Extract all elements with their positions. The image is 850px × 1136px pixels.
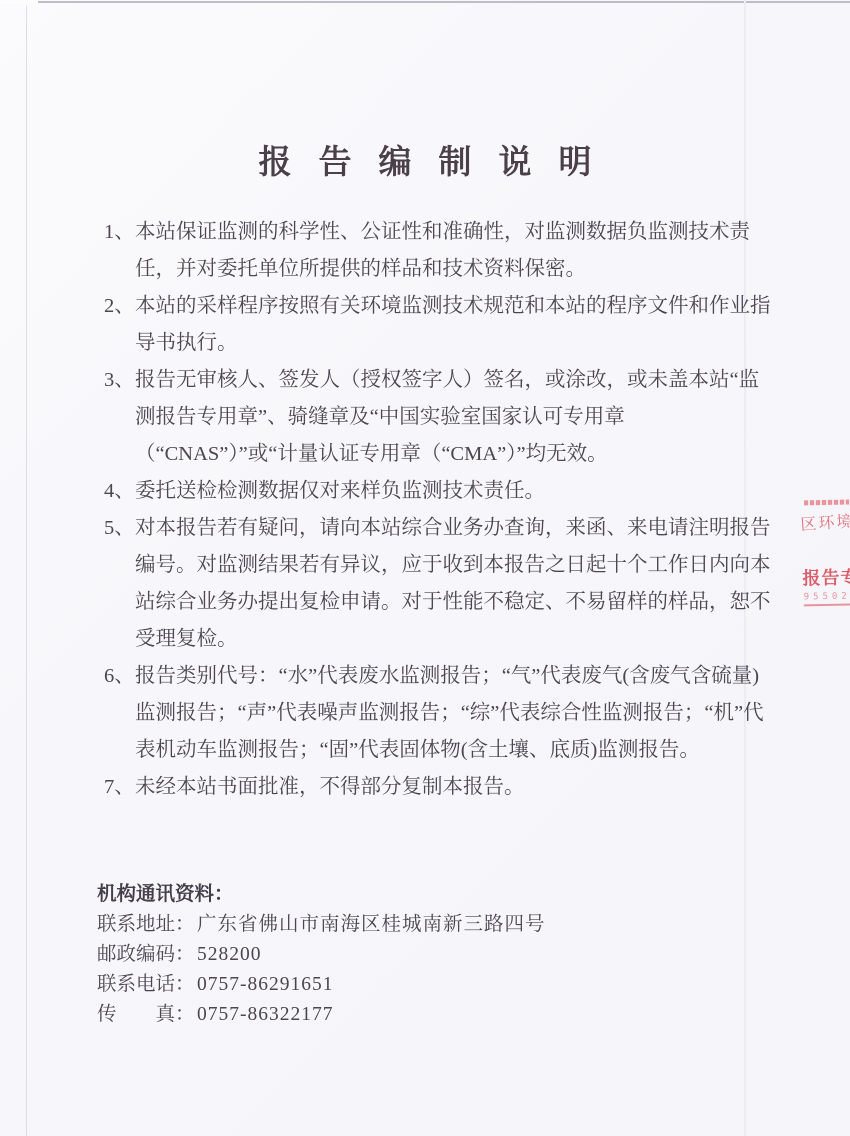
list-item: 4、 委托送检检测数据仅对来样负监测技术责任。 xyxy=(104,473,776,510)
list-item: 7、 未经本站书面批准，不得部分复制本报告。 xyxy=(104,769,776,806)
item-text: 对本报告若有疑问，请向本站综合业务办查询，来函、来电请注明报告编号。对监测结果若… xyxy=(135,510,776,658)
list-item: 1、 本站保证监测的科学性、公证性和准确性，对监测数据负监测技术责任，并对委托单… xyxy=(104,214,776,288)
item-number: 3、 xyxy=(104,362,135,399)
scan-corner xyxy=(0,0,38,4)
item-text: 未经本站书面批准，不得部分复制本报告。 xyxy=(135,769,776,806)
contact-row-phone: 联系电话： 0757-86291651 xyxy=(97,970,657,1000)
item-number: 7、 xyxy=(104,769,135,806)
item-text: 报告类别代号：“水”代表废水监测报告；“气”代表废气(含废气含硫量)监测报告；“… xyxy=(135,658,776,769)
item-number: 1、 xyxy=(104,214,135,251)
instruction-list: 1、 本站保证监测的科学性、公证性和准确性，对监测数据负监测技术责任，并对委托单… xyxy=(104,214,776,806)
contact-value: 528200 xyxy=(197,940,657,970)
list-item: 5、 对本报告若有疑问，请向本站综合业务办查询，来函、来电请注明报告编号。对监测… xyxy=(104,510,776,658)
contact-label: 邮政编码： xyxy=(97,940,197,970)
stamp-text-bottom: 报告专 xyxy=(802,563,850,590)
contact-row-postcode: 邮政编码： 528200 xyxy=(97,940,657,970)
item-number: 2、 xyxy=(104,288,135,325)
item-text: 委托送检检测数据仅对来样负监测技术责任。 xyxy=(135,473,776,510)
contact-label: 联系电话： xyxy=(97,970,197,1000)
contact-value: 广东省佛山市南海区桂城南新三路四号 xyxy=(197,910,657,940)
list-item: 2、 本站的采样程序按照有关环境监测技术规范和本站的程序文件和作业指导书执行。 xyxy=(104,288,776,362)
scanned-document-page: 报告编制说明 1、 本站保证监测的科学性、公证性和准确性，对监测数据负监测技术责… xyxy=(0,0,850,1136)
contact-value: 0757-86322177 xyxy=(197,1000,657,1030)
scan-edge-top xyxy=(38,1,850,3)
red-seal-stamp-fragment: 区环境 报告专 95502 xyxy=(797,492,850,623)
page-title: 报告编制说明 xyxy=(0,136,850,183)
item-text: 报告无审核人、签发人（授权签字人）签名，或涂改，或未盖本站“监测报告专用章”、骑… xyxy=(135,362,776,473)
item-text: 本站保证监测的科学性、公证性和准确性，对监测数据负监测技术责任，并对委托单位所提… xyxy=(135,214,776,288)
stamp-text-top: 区环境 xyxy=(800,508,850,535)
contact-label: 传 真： xyxy=(97,1000,197,1030)
list-item: 6、 报告类别代号：“水”代表废水监测报告；“气”代表废气(含废气含硫量)监测报… xyxy=(104,658,776,769)
stamp-serial-digits: 95502 xyxy=(804,591,850,606)
list-item: 3、 报告无审核人、签发人（授权签字人）签名，或涂改，或未盖本站“监测报告专用章… xyxy=(104,362,776,473)
item-number: 4、 xyxy=(104,473,135,510)
contact-value: 0757-86291651 xyxy=(197,970,657,1000)
stamp-border-band xyxy=(804,499,850,505)
contact-info-block: 机构通讯资料： 联系地址： 广东省佛山市南海区桂城南新三路四号 邮政编码： 52… xyxy=(97,880,657,1030)
contact-heading: 机构通讯资料： xyxy=(97,880,657,910)
item-number: 5、 xyxy=(104,510,135,547)
item-number: 6、 xyxy=(104,658,135,695)
contact-row-address: 联系地址： 广东省佛山市南海区桂城南新三路四号 xyxy=(97,910,657,940)
contact-row-fax: 传 真： 0757-86322177 xyxy=(97,1000,657,1030)
contact-label: 联系地址： xyxy=(97,910,197,940)
item-text: 本站的采样程序按照有关环境监测技术规范和本站的程序文件和作业指导书执行。 xyxy=(135,288,776,362)
